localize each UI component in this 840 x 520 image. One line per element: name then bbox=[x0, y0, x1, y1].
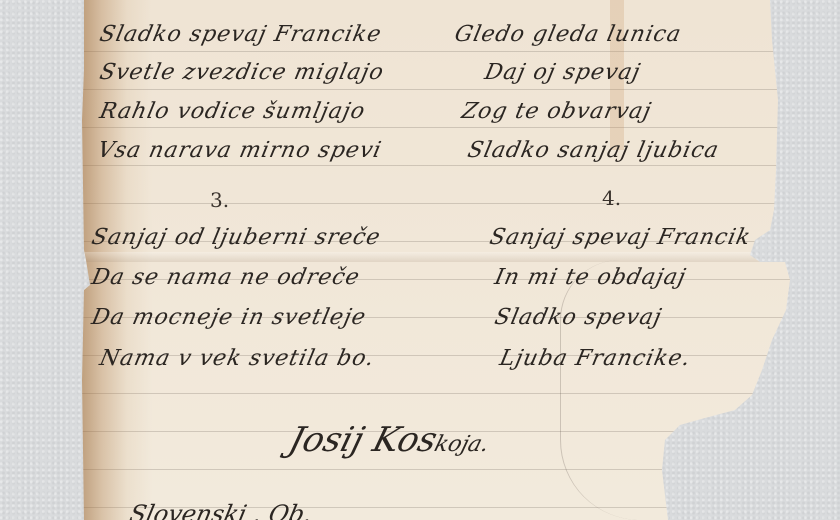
verse-line: Svetle zvezdice miglajo bbox=[97, 60, 386, 85]
verse-line: Rahlo vodice šumljajo bbox=[97, 99, 367, 124]
stanza-number-3: 3. bbox=[210, 188, 229, 212]
verse-line: Nama v vek svetila bo. bbox=[97, 346, 377, 371]
pencil-sketch bbox=[560, 260, 701, 520]
verse-line: Zog te obvarvaj bbox=[459, 99, 654, 124]
signature: Josij Koskoja. bbox=[285, 420, 495, 460]
verse-line: Sladko spevaj Francike bbox=[97, 22, 384, 47]
signature-suffix: koja. bbox=[432, 432, 492, 457]
bottom-partial-text: Slovenski . Ob. bbox=[127, 500, 315, 520]
signature-last-name: Kos bbox=[368, 420, 441, 460]
paper-sheet: Sladko spevaj Francike Svetle zvezdice m… bbox=[0, 0, 840, 520]
signature-first-name: Josij bbox=[285, 420, 369, 460]
stanza-number-4: 4. bbox=[602, 186, 621, 210]
verse-line: Gledo gleda lunica bbox=[452, 22, 683, 47]
verse-line: Sanjaj od ljuberni sreče bbox=[89, 225, 383, 250]
verse-line: Vsa narava mirno spevi bbox=[95, 138, 384, 163]
verse-line: Daj oj spevaj bbox=[482, 60, 643, 85]
verse-line: Sladko sanjaj ljubica bbox=[465, 138, 721, 163]
verse-line: Da mocneje in svetleje bbox=[89, 305, 368, 330]
verse-line: Da se nama ne odreče bbox=[89, 265, 362, 290]
verse-line: Sanjaj spevaj Francik bbox=[487, 225, 753, 250]
